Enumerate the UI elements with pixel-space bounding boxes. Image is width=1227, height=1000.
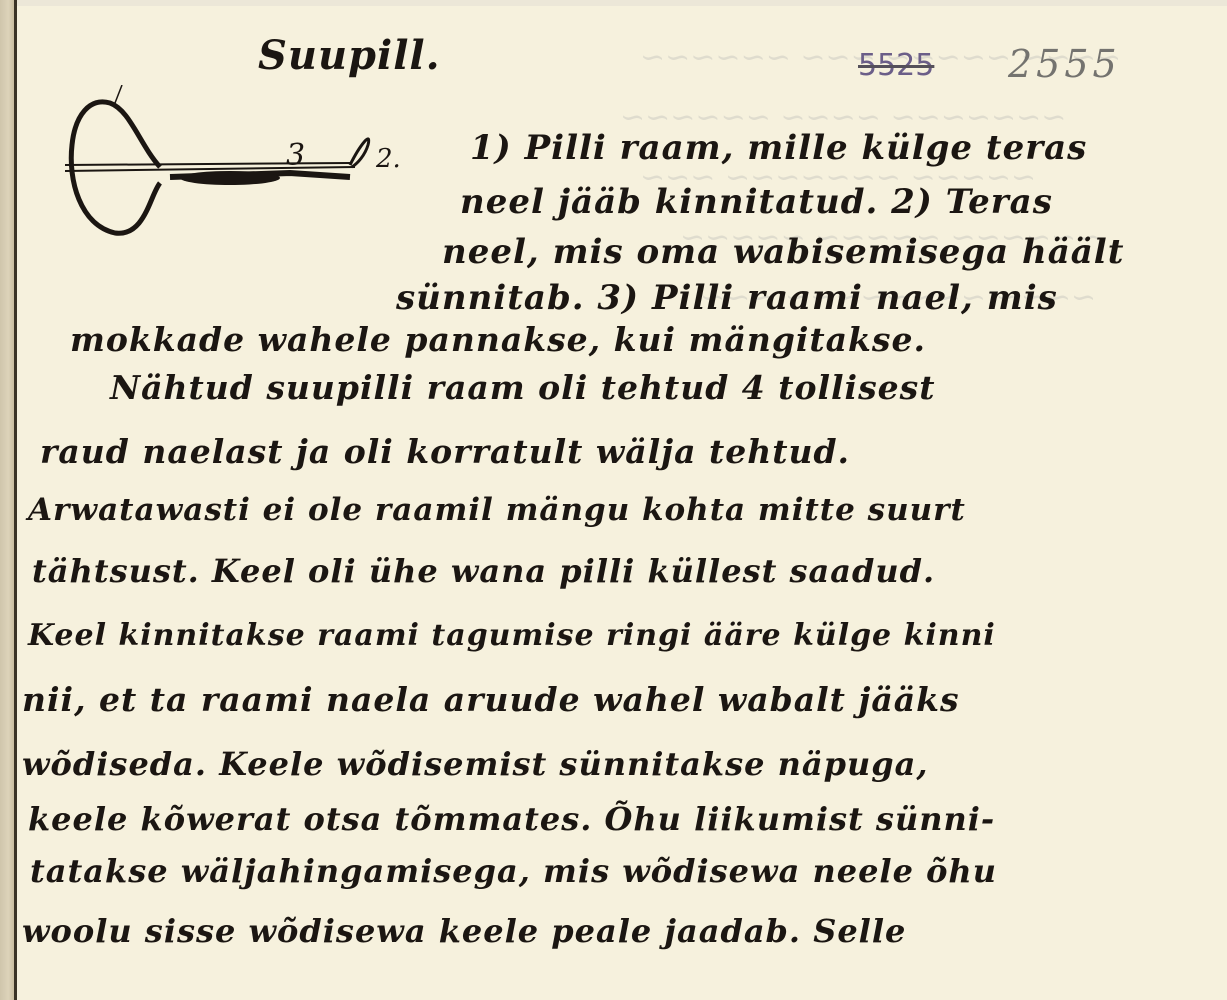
text-line-10: Keel kinnitakse raami tagumise ringi äär… [28,618,996,653]
page-top-edge [17,0,1227,6]
diagram-label-3: 3 [286,138,305,173]
page-binding-margin [0,0,14,1000]
text-line-15: woolu sisse wõdisewa keele peale jaadab.… [22,912,906,950]
text-line-14: tatakse wäljahingamisega, mis wõdisewa n… [30,852,997,890]
page-edge [14,0,17,1000]
text-line-4: sünnitab. 3) Pilli raami nael, mis [396,278,1058,318]
catalog-number-handwritten: 2555 [1008,42,1121,86]
text-line-5: mokkade wahele pannakse, kui mängitakse. [70,320,926,359]
text-line-2: neel jääb kinnitatud. 2) Teras [460,182,1053,222]
page-title: Suupill. [258,32,441,79]
text-line-6: Nähtud suupilli raam oli tehtud 4 tollis… [110,368,935,407]
text-line-7: raud naelast ja oli korratult wälja teht… [40,432,850,471]
text-line-3: neel, mis oma wabisemisega häält [442,232,1124,272]
text-line-11: nii, et ta raami naela aruude wahel waba… [22,680,960,719]
svg-text:2.: 2. [375,144,401,174]
text-line-9: tähtsust. Keel oli ühe wana pilli külles… [32,552,935,590]
manuscript-scan: ~~~~ ~~~~~ ~~~ ~~~~~~ ~~~~~~~ ~~~~ ~~~~~… [0,0,1227,1000]
text-line-12: wõdiseda. Keele wõdisemist sünnitakse nä… [22,745,928,783]
text-line-13: keele kõwerat otsa tõmmates. Õhu liikumi… [28,800,995,838]
jaw-harp-sketch-icon: 3 2. [60,85,410,250]
text-line-1: 1) Pilli raam, mille külge teras [470,128,1087,168]
catalog-number-stamp: 5525 [858,48,934,83]
text-line-8: Arwatawasti ei ole raamil mängu kohta mi… [28,492,966,528]
